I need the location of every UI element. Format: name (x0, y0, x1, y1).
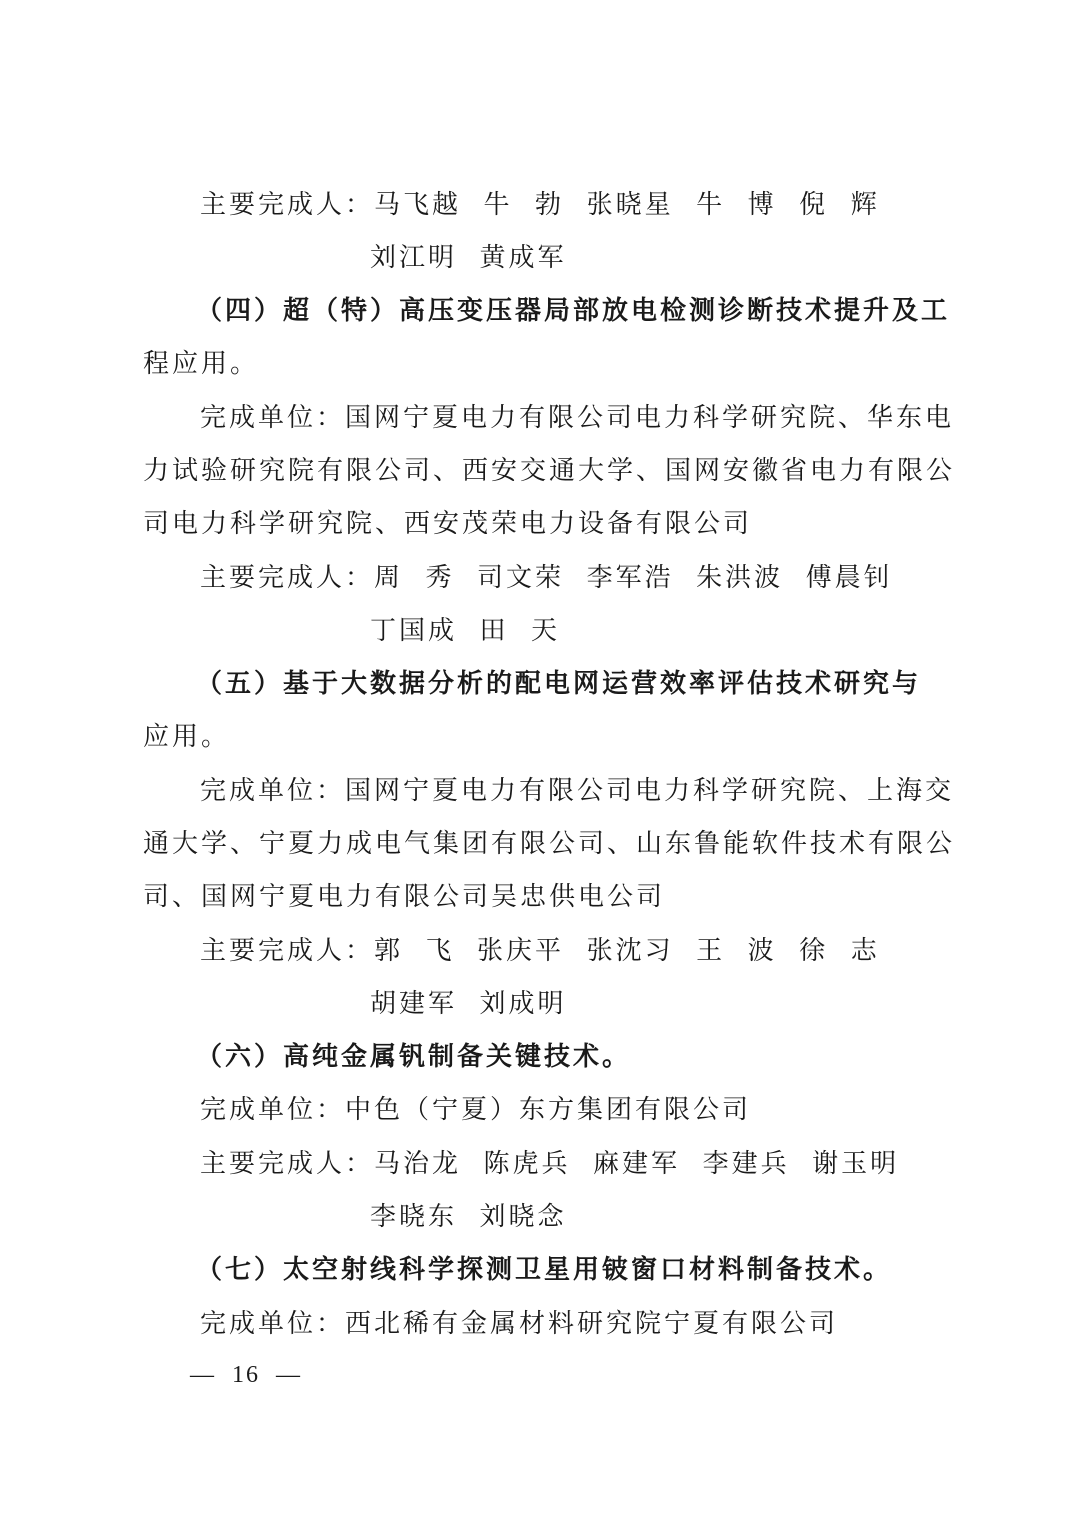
text-line: 完成单位：国网宁夏电力有限公司电力科学研究院、华东电 (200, 401, 954, 435)
section-heading: （七）太空射线科学探测卫星用铍窗口材料制备技术。 (196, 1253, 892, 1287)
text-line: 完成单位：国网宁夏电力有限公司电力科学研究院、上海交 (200, 774, 954, 808)
section-heading: （六）高纯金属钒制备关键技术。 (196, 1040, 631, 1074)
text-line: 完成单位：中色（宁夏）东方集团有限公司 (200, 1093, 751, 1127)
section-heading: （五）基于大数据分析的配电网运营效率评估技术研究与 (196, 667, 921, 701)
text-line: 通大学、宁夏力成电气集团有限公司、山东鲁能软件技术有限公 (143, 827, 955, 861)
text-line: 司电力科学研究院、西安茂荣电力设备有限公司 (143, 507, 752, 541)
text-line: 主要完成人：马治龙 陈虎兵 麻建军 李建兵 谢玉明 (200, 1147, 899, 1181)
text-line: 主要完成人：周 秀 司文荣 李军浩 朱洪波 傅晨钊 (200, 561, 893, 595)
text-line: 应用。 (143, 720, 230, 754)
text-line: 主要完成人：郭 飞 张庆平 张沈习 王 波 徐 志 (200, 934, 880, 968)
text-line: 司、国网宁夏电力有限公司吴忠供电公司 (143, 880, 665, 914)
text-line: 丁国成 田 天 (370, 614, 560, 648)
text-line: 力试验研究院有限公司、西安交通大学、国网安徽省电力有限公 (143, 454, 955, 488)
text-line: 刘江明 黄成军 (370, 241, 567, 275)
text-line: 程应用。 (143, 347, 259, 381)
text-line: 完成单位：西北稀有金属材料研究院宁夏有限公司 (200, 1307, 838, 1341)
page-number: — 16 — (190, 1360, 302, 1390)
section-heading: （四）超（特）高压变压器局部放电检测诊断技术提升及工 (196, 294, 950, 328)
text-line: 主要完成人：马飞越 牛 勃 张晓星 牛 博 倪 辉 (200, 188, 880, 222)
text-line: 李晓东 刘晓念 (370, 1200, 567, 1234)
text-line: 胡建军 刘成明 (370, 987, 567, 1021)
